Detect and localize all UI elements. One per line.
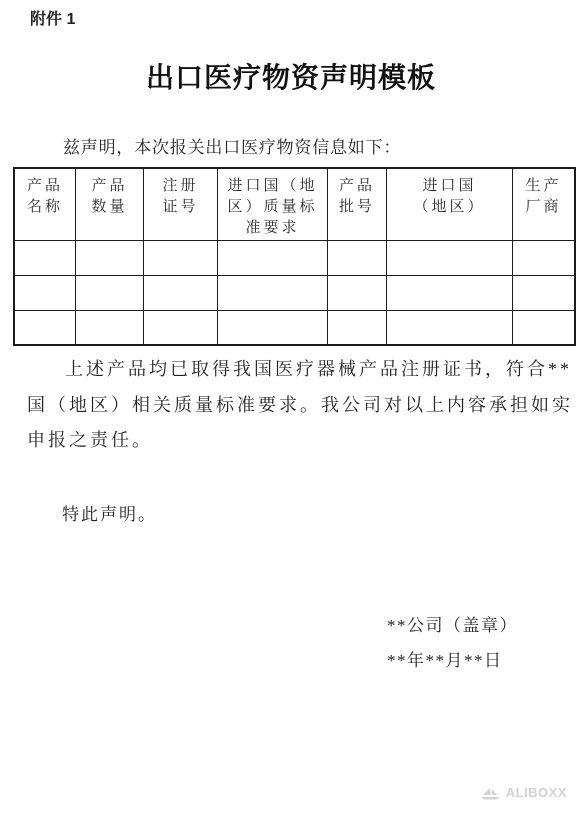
table-cell-empty	[328, 240, 387, 275]
boat-logo-icon	[480, 786, 502, 800]
table-cell-empty	[144, 240, 218, 275]
table-cell-empty	[328, 310, 387, 345]
watermark-text: ALIBOXX	[506, 785, 567, 800]
paragraph-line: 上述产品均已取得我国医疗器械产品注册证书，符合**	[27, 352, 557, 388]
table-header-import-country: 进口国 （地区）	[387, 168, 513, 240]
table-cell-empty	[14, 310, 76, 345]
document-page: 附件 1 出口医疗物资声明模板 兹声明，本次报关出口医疗物资信息如下： 产品 名…	[0, 0, 582, 813]
table-cell-empty	[14, 275, 76, 310]
table-cell-empty	[218, 310, 328, 345]
table-cell-empty	[144, 275, 218, 310]
watermark: ALIBOXX	[480, 785, 567, 800]
document-title: 出口医疗物资声明模板	[0, 56, 582, 96]
table-cell-empty	[387, 310, 513, 345]
header-line: 数量	[76, 197, 143, 218]
header-line: 区）质量标	[218, 197, 327, 218]
header-line: 注册	[144, 176, 217, 197]
declaration-paragraph: 上述产品均已取得我国医疗器械产品注册证书，符合** 国（地区）相关质量标准要求。…	[27, 352, 557, 459]
table-cell-empty	[328, 275, 387, 310]
table-cell-empty	[14, 240, 76, 275]
signature-company-line: **公司（盖章）	[387, 608, 518, 643]
table-header-batch-no: 产品 批号	[328, 168, 387, 240]
paragraph-line: 申报之责任。	[27, 423, 557, 459]
header-line: 进口国	[387, 176, 512, 197]
table-cell-empty	[387, 240, 513, 275]
header-line: 产品	[76, 176, 143, 197]
declaration-table: 产品 名称 产品 数量 注册 证号 进口国（地 区）质量标 准要求 产品	[13, 167, 576, 346]
table-cell-empty	[76, 275, 144, 310]
signature-block: **公司（盖章） **年**月**日	[387, 608, 518, 678]
table-cell-empty	[218, 275, 328, 310]
header-line: 批号	[328, 197, 386, 218]
table-cell-empty	[218, 240, 328, 275]
table-header-product-name: 产品 名称	[14, 168, 76, 240]
table-cell-empty	[387, 275, 513, 310]
table-cell-empty	[76, 240, 144, 275]
table-row	[14, 275, 575, 310]
header-line: 进口国（地	[218, 176, 327, 197]
header-line: 厂商	[513, 197, 574, 218]
header-line: 产品	[15, 176, 75, 197]
table-cell-empty	[513, 275, 576, 310]
header-line: （地区）	[387, 197, 512, 218]
table-cell-empty	[144, 310, 218, 345]
paragraph-line: 国（地区）相关质量标准要求。我公司对以上内容承担如实	[27, 388, 557, 424]
table-header-product-quantity: 产品 数量	[76, 168, 144, 240]
table-cell-empty	[513, 240, 576, 275]
intro-line: 兹声明，本次报关出口医疗物资信息如下：	[63, 133, 401, 158]
header-line: 准要求	[218, 218, 327, 239]
table-header-registration-no: 注册 证号	[144, 168, 218, 240]
closing-statement: 特此声明。	[62, 500, 157, 525]
header-line: 证号	[144, 197, 217, 218]
table-cell-empty	[513, 310, 576, 345]
header-line: 生产	[513, 176, 574, 197]
table-row	[14, 240, 575, 275]
header-line: 产品	[328, 176, 386, 197]
table-header-row: 产品 名称 产品 数量 注册 证号 进口国（地 区）质量标 准要求 产品	[14, 168, 575, 240]
table-header-manufacturer: 生产 厂商	[513, 168, 576, 240]
table-cell-empty	[76, 310, 144, 345]
signature-date-line: **年**月**日	[387, 643, 518, 678]
table-row	[14, 310, 575, 345]
header-line: 名称	[15, 197, 75, 218]
table-header-import-country-standard: 进口国（地 区）质量标 准要求	[218, 168, 328, 240]
attachment-label: 附件 1	[30, 6, 75, 29]
